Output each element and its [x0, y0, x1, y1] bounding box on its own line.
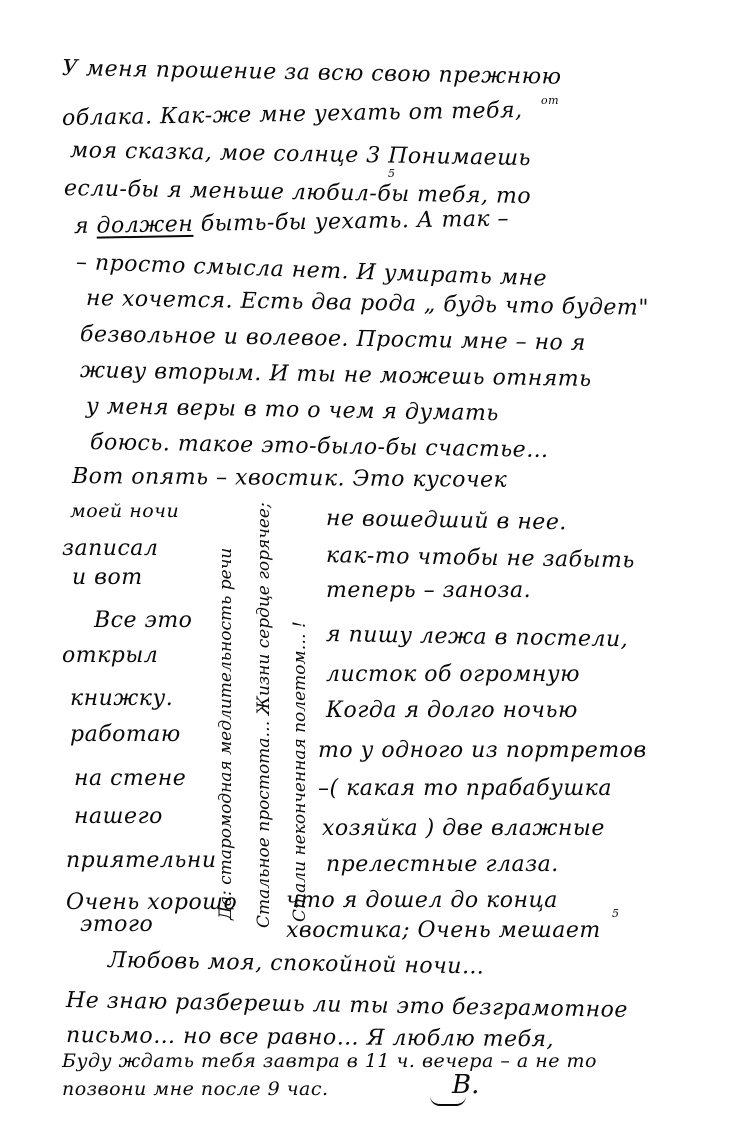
letter-line-5: я должен быть-бы уехать. А так –: [74, 208, 509, 238]
left-col-line-12: этого: [80, 914, 153, 936]
closing-line-2: Не знаю разберешь ли ты это безграмотное: [66, 990, 628, 1022]
right-col-line-3: теперь – заноза.: [326, 580, 531, 602]
line-5-rest: быть-бы уехать. А так –: [201, 206, 510, 236]
left-col-line-10: приятельни: [66, 850, 217, 872]
closing-line-4: Буду ждать тебя завтра в 11 ч. вечера – …: [62, 1052, 597, 1071]
superscript-5b: 5: [612, 908, 620, 919]
left-col-line-7: работаю: [70, 724, 181, 746]
right-col-line-4: я пишу лежа в постели,: [326, 624, 629, 651]
closing-line-3: письмо… но все равно… Я люблю тебя,: [66, 1025, 554, 1051]
right-col-line-7: то у одного из портретов: [318, 740, 647, 762]
vertical-margin-line-2: Стальное простота… Жизни сердце горячее;: [254, 502, 274, 928]
letter-line-3: моя сказка, мое солнце 3 Понимаешь: [70, 140, 531, 170]
right-col-line-10: прелестные глаза.: [326, 854, 559, 876]
right-col-line-6: Когда я долго ночью: [326, 700, 578, 722]
left-col-line-4: Все это: [94, 610, 192, 632]
vertical-margin-line-1: Да: старомодная медлительность речи: [216, 548, 236, 920]
letter-line-6: – просто смысла нет. И умирать мне: [76, 252, 548, 290]
letter-page: У меня прошение за всю свою прежнюю от о…: [0, 0, 744, 1131]
right-col-line-9: хозяйка ) две влажные: [322, 818, 605, 840]
letter-line-11: боюсь. такое это-было-бы счастье…: [90, 432, 549, 462]
left-col-line-5: открыл: [62, 645, 158, 667]
letter-line-2: облака. Как-же мне уехать от тебя,: [62, 100, 523, 130]
left-col-line-2: записал: [62, 538, 158, 560]
left-col-line-8: на стене: [74, 768, 186, 790]
left-col-line-6: книжку.: [70, 688, 173, 710]
vertical-margin-line-3: Стали неконченная полетом… !: [290, 621, 310, 922]
word-dolzhen-underlined: должен: [96, 212, 193, 239]
letter-line-1: У меня прошение за всю свою прежнюю: [62, 58, 562, 89]
signature-flourish: [430, 1096, 466, 1106]
superscript-ot: от: [541, 95, 559, 106]
right-col-line-2: как-то чтобы не забыть: [326, 545, 635, 572]
letter-line-10: у меня веры в то о чем я думать: [86, 396, 499, 425]
closing-line-5: позвони мне после 9 час.: [62, 1080, 329, 1099]
letter-line-7: не хочется. Есть два рода „ будь что буд…: [86, 288, 649, 320]
right-col-line-5: листок об огромную: [326, 664, 580, 686]
left-col-line-9: нашего: [74, 806, 163, 828]
superscript-5: 5: [388, 168, 396, 179]
right-col-line-1: не вошедший в нее.: [326, 508, 567, 534]
letter-line-12: Вот опять – хвостик. Это кусочек: [72, 466, 507, 492]
left-col-line-11: Очень хорошо: [66, 892, 237, 914]
right-col-line-11: что я дошел до конца: [286, 890, 558, 912]
left-col-line-1: моей ночи: [70, 502, 179, 521]
right-col-line-8: –( какая то прабабушка: [318, 778, 612, 800]
letter-line-8: безвольное и волевое. Прости мне – но я: [80, 324, 586, 355]
closing-line-1: Любовь моя, спокойной ночи…: [108, 950, 485, 979]
word-ya: я: [74, 214, 90, 239]
right-col-line-12: хвостика; Очень мешает: [286, 920, 601, 942]
left-col-line-3: и вот: [72, 567, 143, 589]
letter-line-4: если-бы я меньше любил-бы тебя, то: [64, 178, 531, 208]
letter-line-9: живу вторым. И ты не можешь отнять: [80, 360, 592, 391]
